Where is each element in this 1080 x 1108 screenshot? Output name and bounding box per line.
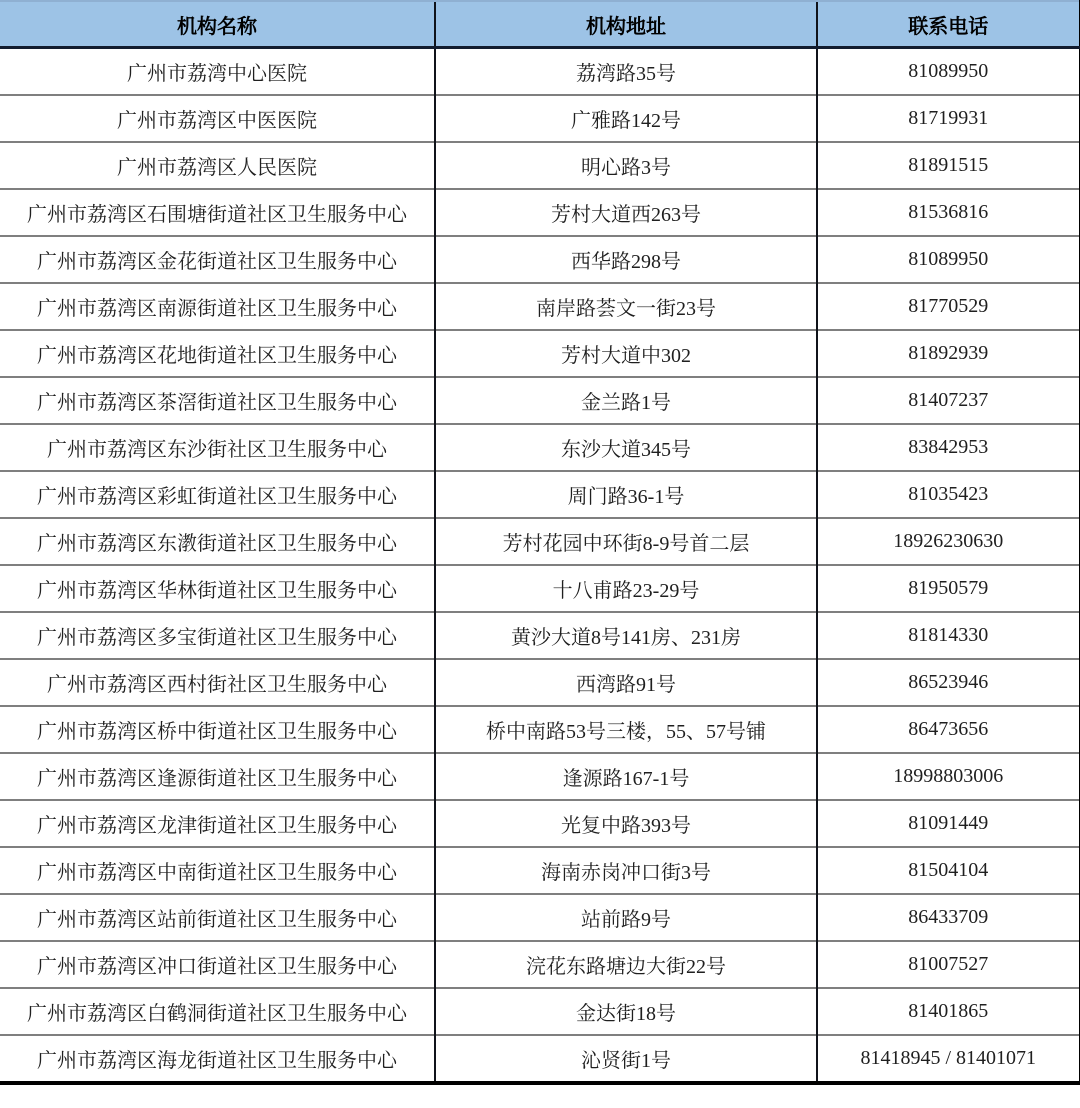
header-cell-institution-address: 机构地址 — [435, 1, 817, 48]
institution-name-cell: 广州市荔湾区西村街社区卫生服务中心 — [0, 659, 435, 706]
phone-cell: 81007527 — [817, 941, 1080, 988]
phone-cell: 18998803006 — [817, 753, 1080, 800]
phone-cell: 81407237 — [817, 377, 1080, 424]
phone-cell: 81892939 — [817, 330, 1080, 377]
address-cell: 东沙大道345号 — [435, 424, 817, 471]
institution-name-cell: 广州市荔湾区白鹤洞街道社区卫生服务中心 — [0, 988, 435, 1035]
address-cell: 浣花东路塘边大街22号 — [435, 941, 817, 988]
table-row: 广州市荔湾区海龙街道社区卫生服务中心沁贤街1号81418945 / 814010… — [0, 1035, 1080, 1083]
address-cell: 金达街18号 — [435, 988, 817, 1035]
institution-name-cell: 广州市荔湾区金花街道社区卫生服务中心 — [0, 236, 435, 283]
address-cell: 西湾路91号 — [435, 659, 817, 706]
phone-cell: 81089950 — [817, 48, 1080, 96]
institution-name-cell: 广州市荔湾区站前街道社区卫生服务中心 — [0, 894, 435, 941]
address-cell: 黄沙大道8号141房、231房 — [435, 612, 817, 659]
phone-cell: 81504104 — [817, 847, 1080, 894]
table-row: 广州市荔湾区金花街道社区卫生服务中心西华路298号81089950 — [0, 236, 1080, 283]
table-row: 广州市荔湾区花地街道社区卫生服务中心芳村大道中30281892939 — [0, 330, 1080, 377]
phone-cell: 86473656 — [817, 706, 1080, 753]
phone-cell: 81536816 — [817, 189, 1080, 236]
table-row: 广州市荔湾区南源街道社区卫生服务中心南岸路荟文一街23号81770529 — [0, 283, 1080, 330]
table-row: 广州市荔湾区中医医院广雅路142号81719931 — [0, 95, 1080, 142]
address-cell: 周门路36-1号 — [435, 471, 817, 518]
phone-cell: 81814330 — [817, 612, 1080, 659]
institution-name-cell: 广州市荔湾区中医医院 — [0, 95, 435, 142]
header-cell-contact-phone: 联系电话 — [817, 1, 1080, 48]
institution-name-cell: 广州市荔湾区花地街道社区卫生服务中心 — [0, 330, 435, 377]
phone-cell: 81091449 — [817, 800, 1080, 847]
table-row: 广州市荔湾区桥中街道社区卫生服务中心桥中南路53号三楼，55、57号铺86473… — [0, 706, 1080, 753]
institution-name-cell: 广州市荔湾区桥中街道社区卫生服务中心 — [0, 706, 435, 753]
institution-name-cell: 广州市荔湾中心医院 — [0, 48, 435, 96]
address-cell: 西华路298号 — [435, 236, 817, 283]
table-row: 广州市荔湾中心医院荔湾路35号81089950 — [0, 48, 1080, 96]
table-row: 广州市荔湾区站前街道社区卫生服务中心站前路9号86433709 — [0, 894, 1080, 941]
institution-name-cell: 广州市荔湾区多宝街道社区卫生服务中心 — [0, 612, 435, 659]
phone-cell: 83842953 — [817, 424, 1080, 471]
address-cell: 芳村大道中302 — [435, 330, 817, 377]
table-row: 广州市荔湾区东沙街社区卫生服务中心东沙大道345号83842953 — [0, 424, 1080, 471]
table-row: 广州市荔湾区石围塘街道社区卫生服务中心芳村大道西263号81536816 — [0, 189, 1080, 236]
address-cell: 光复中路393号 — [435, 800, 817, 847]
institution-name-cell: 广州市荔湾区中南街道社区卫生服务中心 — [0, 847, 435, 894]
institution-name-cell: 广州市荔湾区人民医院 — [0, 142, 435, 189]
table-row: 广州市荔湾区东漖街道社区卫生服务中心芳村花园中环街8-9号首二层18926230… — [0, 518, 1080, 565]
phone-cell: 81719931 — [817, 95, 1080, 142]
address-cell: 桥中南路53号三楼，55、57号铺 — [435, 706, 817, 753]
table-row: 广州市荔湾区逢源街道社区卫生服务中心逢源路167-1号18998803006 — [0, 753, 1080, 800]
institution-name-cell: 广州市荔湾区茶滘街道社区卫生服务中心 — [0, 377, 435, 424]
health-institutions-table: 机构名称 机构地址 联系电话 广州市荔湾中心医院荔湾路35号81089950广州… — [0, 0, 1080, 1085]
table-header-row: 机构名称 机构地址 联系电话 — [0, 1, 1080, 48]
phone-cell: 81418945 / 81401071 — [817, 1035, 1080, 1083]
table-row: 广州市荔湾区龙津街道社区卫生服务中心光复中路393号81091449 — [0, 800, 1080, 847]
table-row: 广州市荔湾区彩虹街道社区卫生服务中心周门路36-1号81035423 — [0, 471, 1080, 518]
table-row: 广州市荔湾区华林街道社区卫生服务中心十八甫路23-29号81950579 — [0, 565, 1080, 612]
institution-name-cell: 广州市荔湾区东沙街社区卫生服务中心 — [0, 424, 435, 471]
address-cell: 芳村大道西263号 — [435, 189, 817, 236]
table-row: 广州市荔湾区多宝街道社区卫生服务中心黄沙大道8号141房、231房8181433… — [0, 612, 1080, 659]
phone-cell: 18926230630 — [817, 518, 1080, 565]
address-cell: 明心路3号 — [435, 142, 817, 189]
phone-cell: 81089950 — [817, 236, 1080, 283]
institution-name-cell: 广州市荔湾区龙津街道社区卫生服务中心 — [0, 800, 435, 847]
phone-cell: 86433709 — [817, 894, 1080, 941]
institution-name-cell: 广州市荔湾区石围塘街道社区卫生服务中心 — [0, 189, 435, 236]
phone-cell: 81035423 — [817, 471, 1080, 518]
phone-cell: 86523946 — [817, 659, 1080, 706]
address-cell: 芳村花园中环街8-9号首二层 — [435, 518, 817, 565]
health-institutions-table-wrap: 机构名称 机构地址 联系电话 广州市荔湾中心医院荔湾路35号81089950广州… — [0, 0, 1080, 1108]
address-cell: 逢源路167-1号 — [435, 753, 817, 800]
table-row: 广州市荔湾区中南街道社区卫生服务中心海南赤岗冲口街3号81504104 — [0, 847, 1080, 894]
institution-name-cell: 广州市荔湾区南源街道社区卫生服务中心 — [0, 283, 435, 330]
table-body: 广州市荔湾中心医院荔湾路35号81089950广州市荔湾区中医医院广雅路142号… — [0, 48, 1080, 1084]
address-cell: 十八甫路23-29号 — [435, 565, 817, 612]
institution-name-cell: 广州市荔湾区东漖街道社区卫生服务中心 — [0, 518, 435, 565]
address-cell: 金兰路1号 — [435, 377, 817, 424]
institution-name-cell: 广州市荔湾区逢源街道社区卫生服务中心 — [0, 753, 435, 800]
address-cell: 南岸路荟文一街23号 — [435, 283, 817, 330]
address-cell: 沁贤街1号 — [435, 1035, 817, 1083]
table-row: 广州市荔湾区西村街社区卫生服务中心西湾路91号86523946 — [0, 659, 1080, 706]
institution-name-cell: 广州市荔湾区彩虹街道社区卫生服务中心 — [0, 471, 435, 518]
institution-name-cell: 广州市荔湾区冲口街道社区卫生服务中心 — [0, 941, 435, 988]
institution-name-cell: 广州市荔湾区海龙街道社区卫生服务中心 — [0, 1035, 435, 1083]
phone-cell: 81891515 — [817, 142, 1080, 189]
table-row: 广州市荔湾区人民医院明心路3号81891515 — [0, 142, 1080, 189]
address-cell: 站前路9号 — [435, 894, 817, 941]
address-cell: 广雅路142号 — [435, 95, 817, 142]
table-header: 机构名称 机构地址 联系电话 — [0, 1, 1080, 48]
address-cell: 荔湾路35号 — [435, 48, 817, 96]
header-cell-institution-name: 机构名称 — [0, 1, 435, 48]
address-cell: 海南赤岗冲口街3号 — [435, 847, 817, 894]
table-row: 广州市荔湾区白鹤洞街道社区卫生服务中心金达街18号81401865 — [0, 988, 1080, 1035]
table-row: 广州市荔湾区茶滘街道社区卫生服务中心金兰路1号81407237 — [0, 377, 1080, 424]
phone-cell: 81950579 — [817, 565, 1080, 612]
table-row: 广州市荔湾区冲口街道社区卫生服务中心浣花东路塘边大街22号81007527 — [0, 941, 1080, 988]
phone-cell: 81770529 — [817, 283, 1080, 330]
phone-cell: 81401865 — [817, 988, 1080, 1035]
institution-name-cell: 广州市荔湾区华林街道社区卫生服务中心 — [0, 565, 435, 612]
